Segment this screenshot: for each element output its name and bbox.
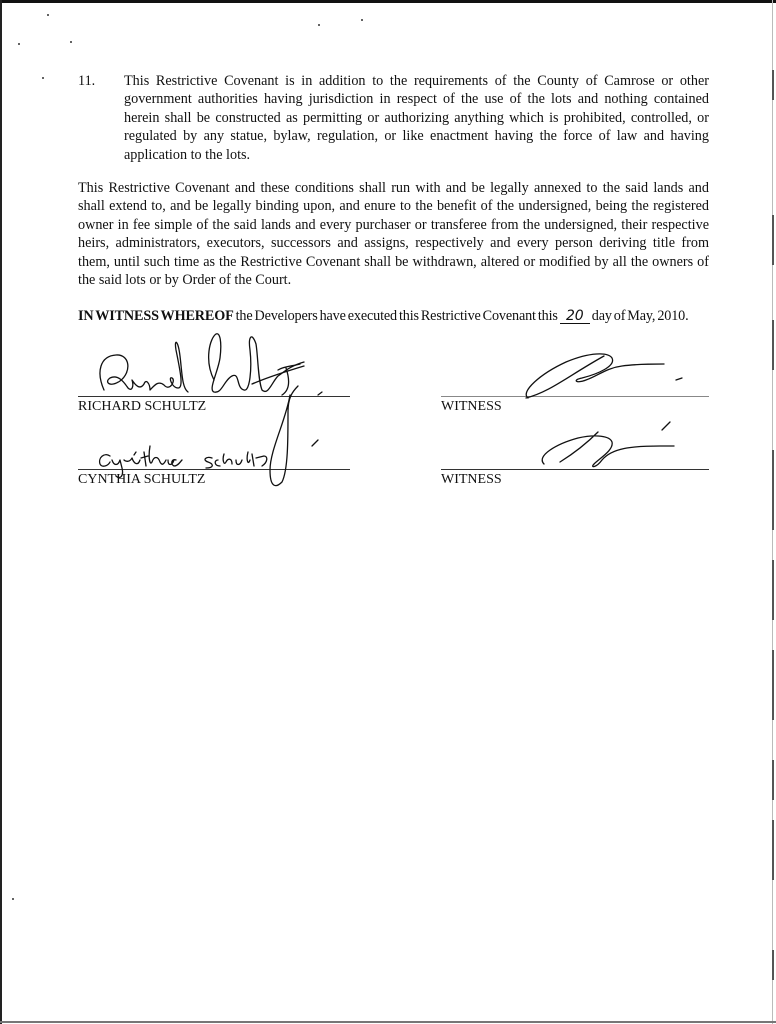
signature-witness-1 <box>526 354 664 398</box>
scan-speck <box>18 43 20 45</box>
witness-clause: IN WITNESS WHEREOF the Developers have e… <box>78 307 709 325</box>
scan-edge-mark <box>772 760 774 800</box>
signer-name-richard: RICHARD SCHULTZ <box>78 399 206 415</box>
scan-speck <box>47 14 49 16</box>
clause-text: This Restrictive Covenant is in addition… <box>124 72 709 164</box>
signature-line-cynthia <box>78 469 350 470</box>
scan-edge-mark <box>772 450 774 530</box>
scan-left-border <box>0 0 2 1024</box>
scan-speck <box>361 19 363 21</box>
signature-line-witness-2 <box>441 469 709 470</box>
clause-number: 11. <box>78 72 95 90</box>
scan-edge-mark <box>772 70 774 100</box>
witness-label-2: WITNESS <box>441 472 502 488</box>
scan-speck <box>12 898 14 900</box>
scan-edge-mark <box>772 950 774 980</box>
scan-speck <box>70 41 72 43</box>
binding-paragraph: This Restrictive Covenant and these cond… <box>78 179 709 289</box>
signature-witness-2 <box>542 432 674 467</box>
witness-clause-date: day of May, 2010. <box>590 308 689 324</box>
signature-line-witness-1 <box>441 396 709 397</box>
signature-richard-schultz <box>100 342 188 392</box>
scan-edge-mark <box>772 215 774 265</box>
scan-top-border <box>0 0 776 3</box>
scan-edge-mark <box>772 820 774 880</box>
scan-edge-mark <box>772 650 774 720</box>
day-field: 20 <box>560 309 590 324</box>
witness-clause-lead: IN WITNESS WHEREOF <box>78 308 234 324</box>
signature-line-richard <box>78 396 350 397</box>
signer-name-cynthia: CYNTHIA SCHULTZ <box>78 472 205 488</box>
scan-edge-mark <box>772 320 774 370</box>
scan-speck <box>318 24 320 26</box>
day-value: 20 <box>566 308 584 324</box>
scan-speck <box>42 77 44 79</box>
scan-bottom-border <box>0 1021 776 1023</box>
witness-label-1: WITNESS <box>441 399 502 415</box>
scan-edge-mark <box>772 560 774 620</box>
witness-clause-text: the Developers have executed this Restri… <box>234 308 560 324</box>
